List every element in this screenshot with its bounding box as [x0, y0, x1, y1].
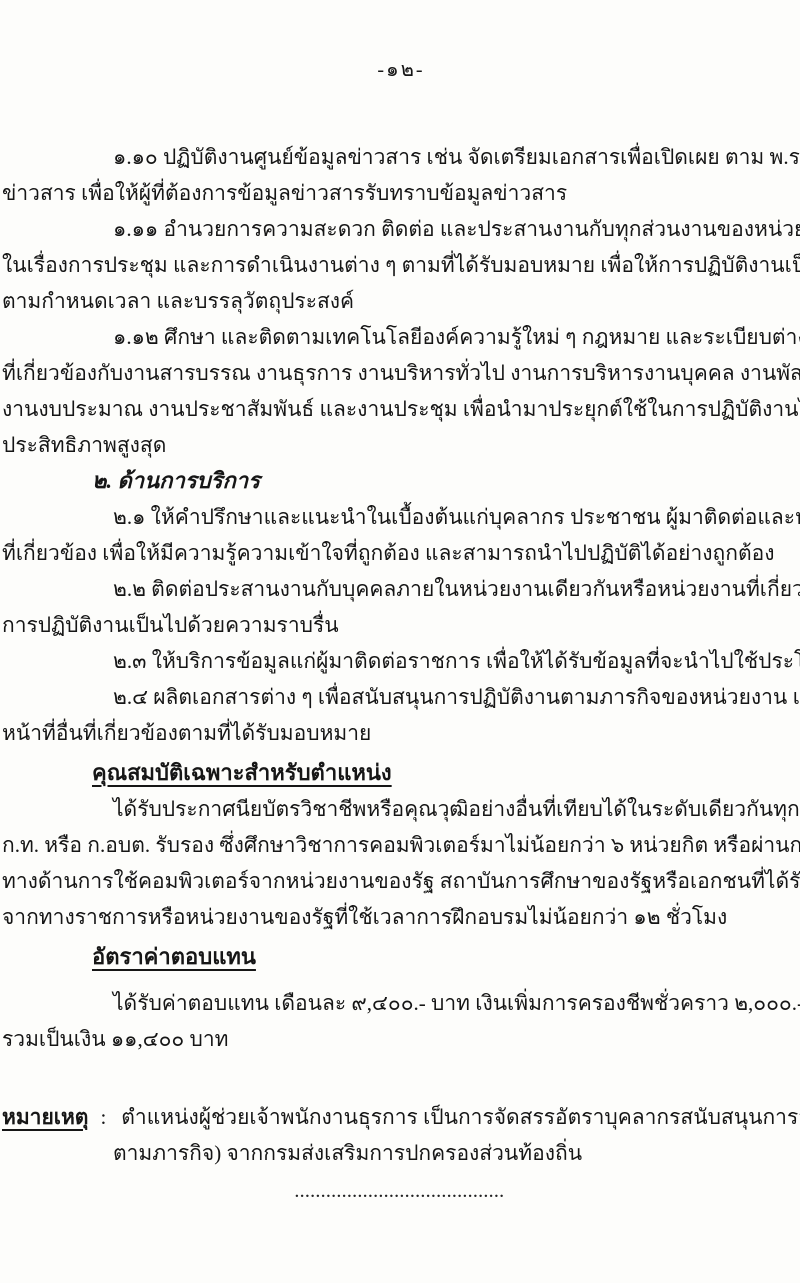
qualifications-section: คุณสมบัติเฉพาะสำหรับตำแหน่ง ได้รับประกาศ… — [0, 755, 800, 935]
paragraph-line: ก.ท. หรือ ก.อบต. รับรอง ซึ่งศึกษาวิชาการ… — [0, 827, 800, 863]
service-item-2-2: ๒.๒ ติดต่อประสานงานกับบุคคลภายในหน่วยงาน… — [0, 571, 800, 643]
duties-section: ๑.๑๐ ปฏิบัติงานศูนย์ข้อมูลข่าวสาร เช่น จ… — [0, 139, 800, 463]
paragraph-line: ๑.๑๑ อำนวยการความสะดวก ติดต่อ และประสานง… — [0, 211, 800, 247]
duty-item-1-10: ๑.๑๐ ปฏิบัติงานศูนย์ข้อมูลข่าวสาร เช่น จ… — [0, 139, 800, 211]
paragraph-line: ๑.๑๒ ศึกษา และติดตามเทคโนโลยีองค์ความรู้… — [0, 319, 800, 355]
paragraph-line: ๒.๑ ให้คำปรึกษาและแนะนำในเบื้องต้นแก่บุค… — [0, 499, 800, 535]
paragraph-line: งานงบประมาณ งานประชาสัมพันธ์ และงานประชุ… — [0, 391, 800, 427]
note-text: ตามภารกิจ) จากกรมส่งเสริมการปกครองส่วนท้… — [0, 1135, 800, 1171]
note-separator: : — [88, 1105, 121, 1129]
paragraph-line: ในเรื่องการประชุม และการดำเนินงานต่าง ๆ … — [0, 247, 800, 283]
paragraph-line: รวมเป็นเงิน ๑๑,๔๐๐ บาท — [0, 1021, 800, 1057]
duty-item-1-12: ๑.๑๒ ศึกษา และติดตามเทคโนโลยีองค์ความรู้… — [0, 319, 800, 463]
note-label: หมายเหตุ — [2, 1105, 88, 1129]
qualifications-heading: คุณสมบัติเฉพาะสำหรับตำแหน่ง — [0, 755, 800, 791]
paragraph-line: จากทางราชการหรือหน่วยงานของรัฐที่ใช้เวลา… — [0, 899, 800, 935]
note-row: หมายเหตุ:ตำแหน่งผู้ช่วยเจ้าพนักงานธุรการ… — [0, 1099, 800, 1135]
paragraph-line: ตามกำหนดเวลา และบรรลุวัตถุประสงค์ — [0, 283, 800, 319]
paragraph-line: ๒.๒ ติดต่อประสานงานกับบุคคลภายในหน่วยงาน… — [0, 571, 800, 607]
compensation-paragraph: ได้รับค่าตอบแทน เดือนละ ๙,๔๐๐.- บาท เงิน… — [0, 985, 800, 1057]
compensation-section: อัตราค่าตอบแทน ได้รับค่าตอบแทน เดือนละ ๙… — [0, 939, 800, 1057]
duty-item-1-11: ๑.๑๑ อำนวยการความสะดวก ติดต่อ และประสานง… — [0, 211, 800, 319]
paragraph-line: ได้รับประกาศนียบัตรวิชาชีพหรือคุณวุฒิอย่… — [0, 791, 800, 827]
end-dotted-line: ........................................ — [0, 1185, 800, 1202]
note-section: หมายเหตุ:ตำแหน่งผู้ช่วยเจ้าพนักงานธุรการ… — [0, 1099, 800, 1171]
compensation-heading: อัตราค่าตอบแทน — [0, 939, 800, 975]
paragraph-line: การปฏิบัติงานเป็นไปด้วยความราบรื่น — [0, 607, 800, 643]
paragraph-line: หน้าที่อื่นที่เกี่ยวข้องตามที่ได้รับมอบห… — [0, 715, 800, 751]
paragraph-line: ๒.๔ ผลิตเอกสารต่าง ๆ เพื่อสนับสนุนการปฏิ… — [0, 679, 800, 715]
paragraph-line: ที่เกี่ยวข้อง เพื่อให้มีความรู้ความเข้าใ… — [0, 535, 800, 571]
note-text: ตำแหน่งผู้ช่วยเจ้าพนักงานธุรการ เป็นการจ… — [121, 1105, 800, 1129]
page-number: -๑๒- — [0, 55, 800, 85]
qualifications-paragraph: ได้รับประกาศนียบัตรวิชาชีพหรือคุณวุฒิอย่… — [0, 791, 800, 935]
paragraph-line: ที่เกี่ยวข้องกับงานสารบรรณ งานธุรการ งาน… — [0, 355, 800, 391]
service-item-2-4: ๒.๔ ผลิตเอกสารต่าง ๆ เพื่อสนับสนุนการปฏิ… — [0, 679, 800, 751]
paragraph-line: ๒.๓ ให้บริการข้อมูลแก่ผู้มาติดต่อราชการ … — [0, 643, 800, 679]
document-page: -๑๒- ๑.๑๐ ปฏิบัติงานศูนย์ข้อมูลข่าวสาร เ… — [0, 0, 800, 1283]
service-item-2-3: ๒.๓ ให้บริการข้อมูลแก่ผู้มาติดต่อราชการ … — [0, 643, 800, 679]
service-item-2-1: ๒.๑ ให้คำปรึกษาและแนะนำในเบื้องต้นแก่บุค… — [0, 499, 800, 571]
paragraph-line: ทางด้านการใช้คอมพิวเตอร์จากหน่วยงานของรั… — [0, 863, 800, 899]
paragraph-line: ประสิทธิภาพสูงสุด — [0, 427, 800, 463]
service-section: ๒. ด้านการบริการ ๒.๑ ให้คำปรึกษาและแนะนำ… — [0, 463, 800, 751]
paragraph-line: ได้รับค่าตอบแทน เดือนละ ๙,๔๐๐.- บาท เงิน… — [0, 985, 800, 1021]
paragraph-line: ข่าวสาร เพื่อให้ผู้ที่ต้องการข้อมูลข่าวส… — [0, 175, 800, 211]
paragraph-line: ๑.๑๐ ปฏิบัติงานศูนย์ข้อมูลข่าวสาร เช่น จ… — [0, 139, 800, 175]
service-section-heading: ๒. ด้านการบริการ — [0, 463, 800, 499]
